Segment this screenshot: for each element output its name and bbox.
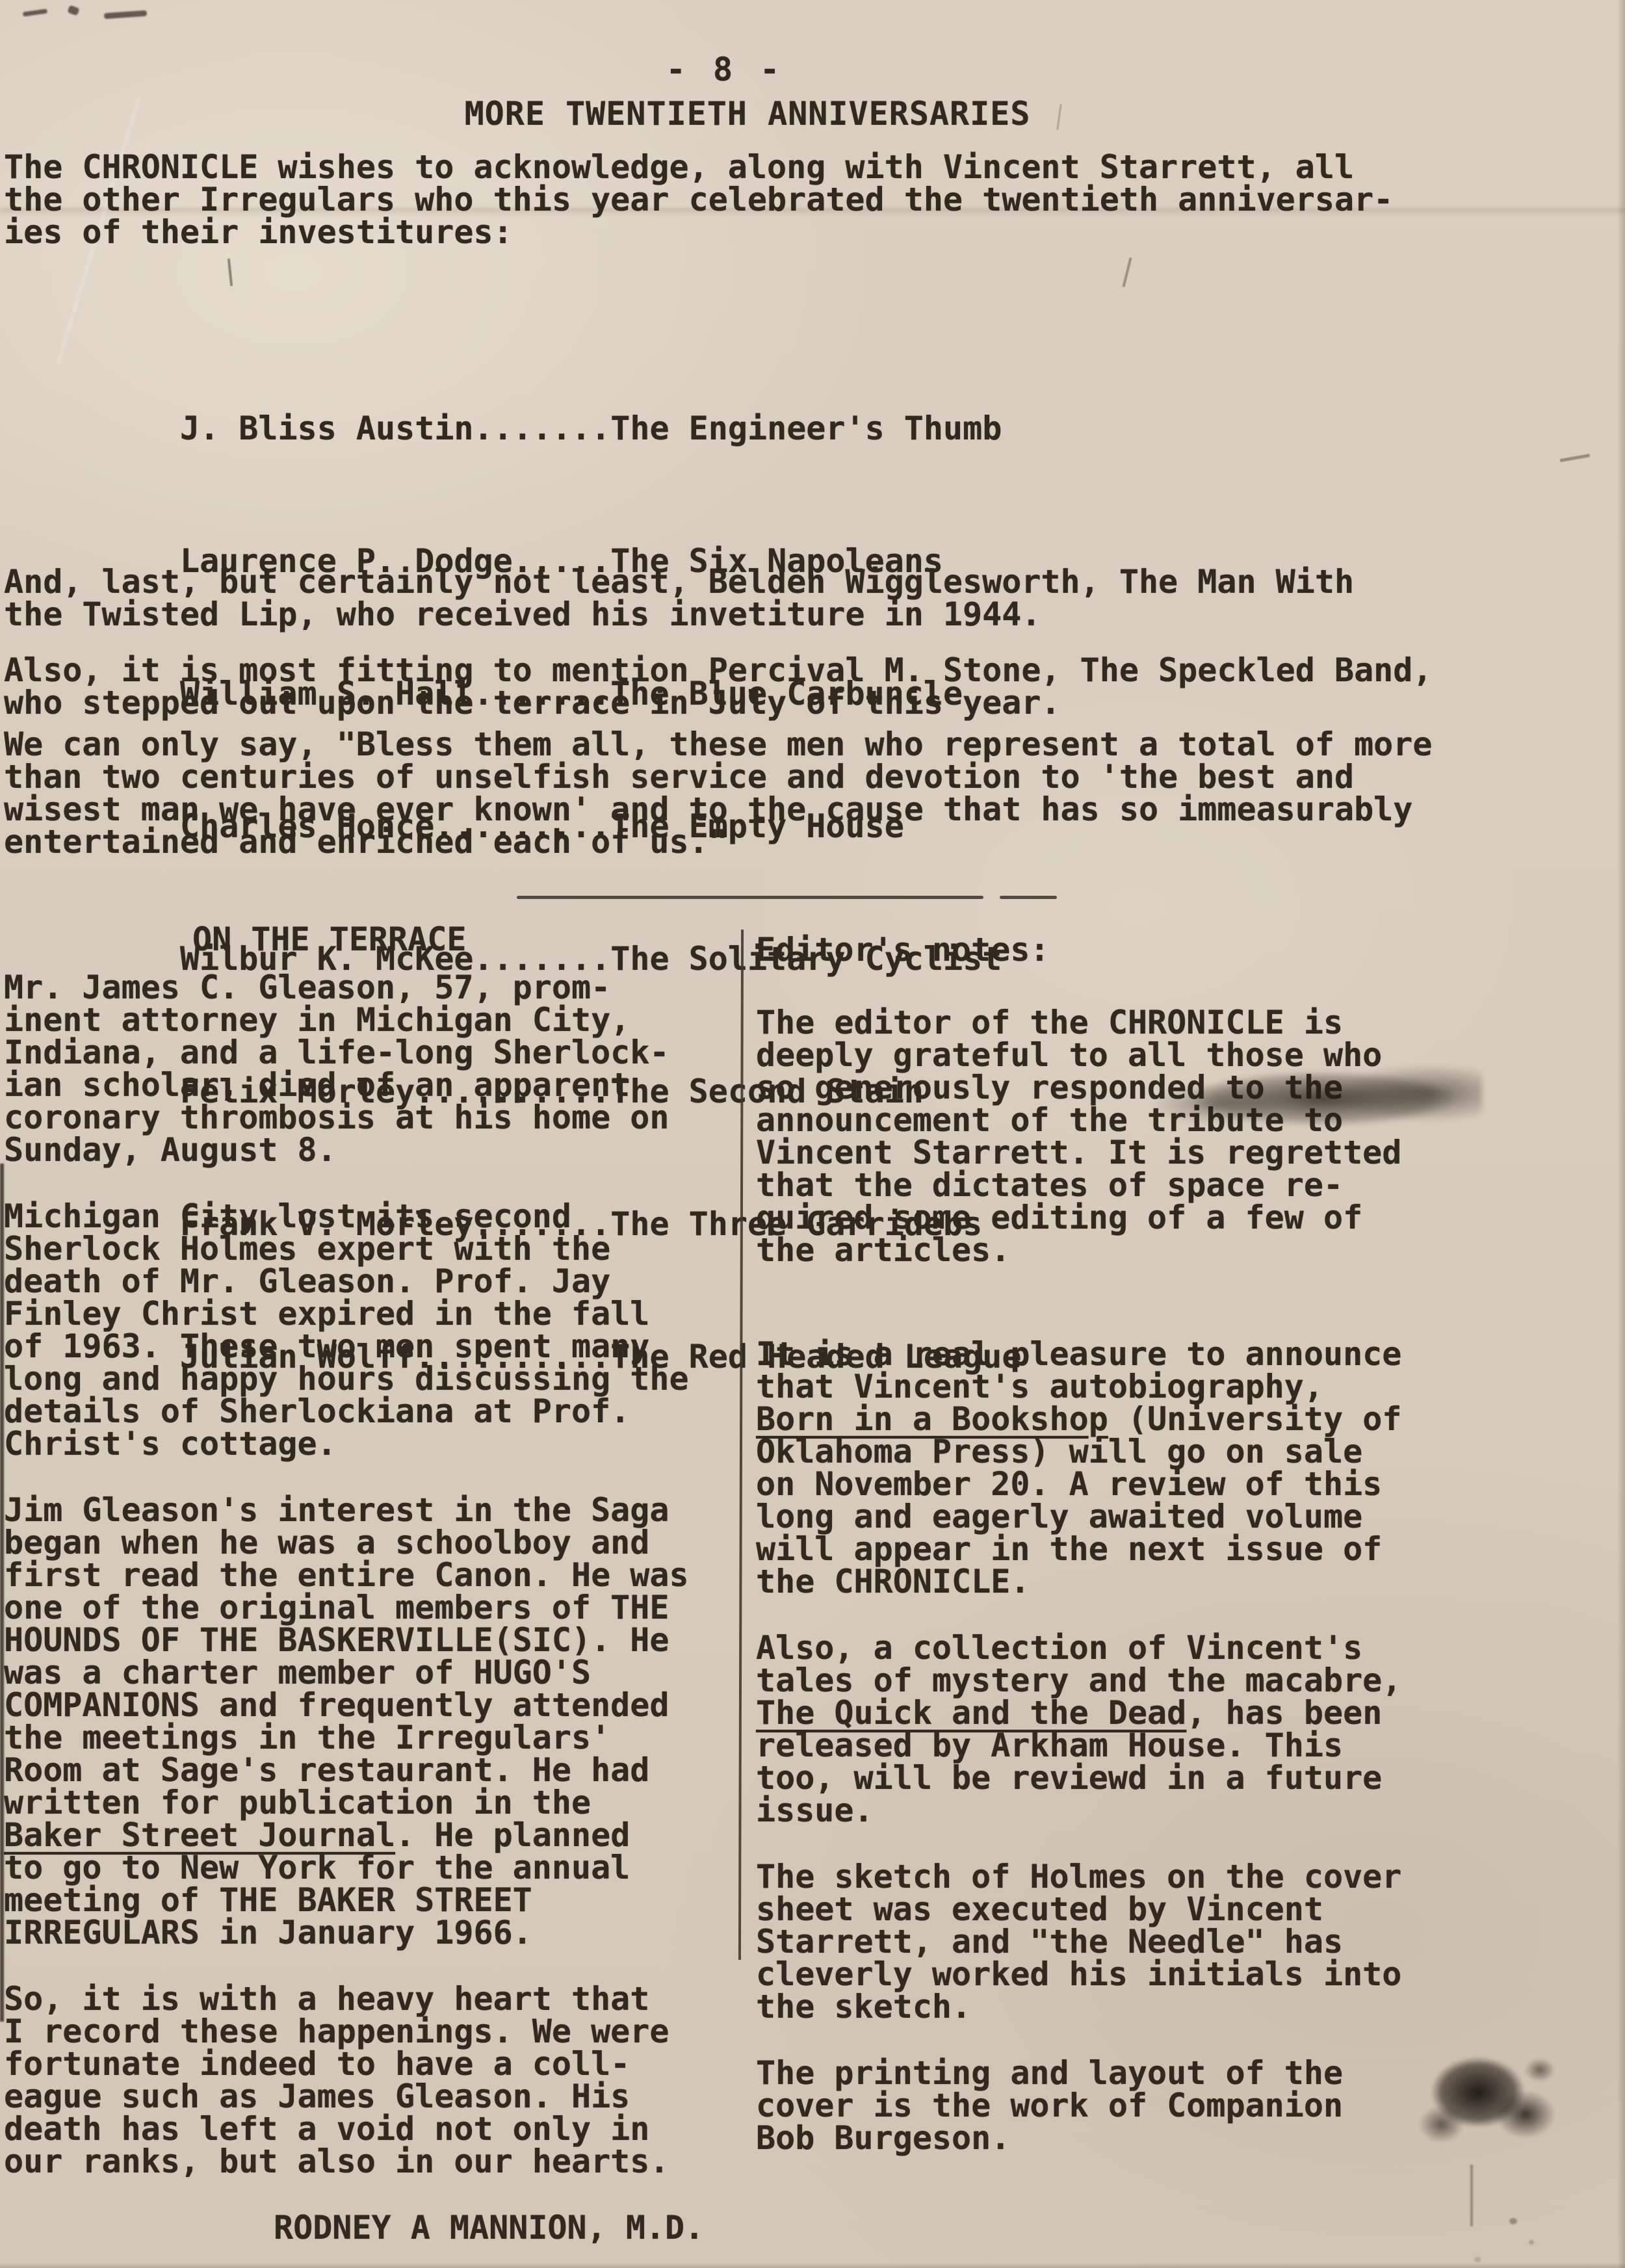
page-title: MORE TWENTIETH ANNIVERSARIES [0,98,1495,130]
editors-note-paragraph-2: It is a real pleasure to announce that V… [756,1338,1536,1598]
page-number: - 8 - [0,53,1449,86]
anniversary-row: J. Bliss Austin.......The Engineer's Thu… [180,412,1021,445]
section-divider-line [1000,896,1057,899]
dot-leader: ....... [474,410,611,447]
stray-mark [1122,257,1132,287]
ink-speck [1529,2240,1534,2245]
editors-note-paragraph-4: The sketch of Holmes on the cover sheet … [756,1860,1536,2023]
wigglesworth-paragraph: And, last, but certainly not least, Beld… [4,566,1577,631]
right-column-heading: Editor's notes: [756,933,1536,966]
pen-scribble [23,8,48,16]
editors-note-paragraph-3: Also, a collection of Vincent's tales of… [756,1632,1536,1827]
right-column: Editor's notes: The editor of the CHRONI… [756,933,1536,2188]
anniversary-story: The Engineer's Thumb [610,410,1002,447]
pen-scribble [67,5,79,16]
scan-edge-shadow [1617,0,1625,2268]
bless-quote-paragraph: We can only say, "Bless them all, these … [4,728,1577,858]
left-column-heading: ON THE TERRACE [192,923,736,956]
paragraph-text: Also, a collection of Vincent's tales of… [756,1629,1401,1699]
ink-speck [1474,2257,1481,2262]
paragraph-text: Jim Gleason's interest in the Saga began… [4,1491,689,1821]
newsletter-page: - 8 - MORE TWENTIETH ANNIVERSARIES The C… [0,0,1625,2268]
stray-mark [1560,454,1590,462]
obituary-paragraph-1: Mr. James C. Gleason, 57, prom- inent at… [4,971,736,1166]
obituary-paragraph-3: Jim Gleason's interest in the Saga began… [4,1494,736,1949]
signature: RODNEY A MANNION, M.D. [274,2211,736,2244]
intro-paragraph: The CHRONICLE wishes to acknowledge, alo… [4,151,1577,248]
scan-edge-shadow [0,2263,1625,2268]
obituary-paragraph-2: Michigan City lost its second Sherlock H… [4,1200,736,1460]
stone-paragraph: Also, it is most fitting to mention Perc… [4,654,1577,719]
left-column: ON THE TERRACE Mr. James C. Gleason, 57,… [4,923,736,2244]
paragraph-text: It is a real pleasure to announce that V… [756,1335,1401,1405]
obituary-paragraph-4: So, it is with a heavy heart that I reco… [4,1983,736,2178]
section-divider-line [517,896,983,899]
ink-speck [1509,2218,1517,2224]
editors-note-paragraph-1: The editor of the CHRONICLE is deeply gr… [756,1006,1536,1266]
anniversary-name: J. Bliss Austin [180,410,474,447]
editors-note-paragraph-5: The printing and layout of the cover is … [756,2057,1536,2154]
pen-scribble [104,10,147,20]
